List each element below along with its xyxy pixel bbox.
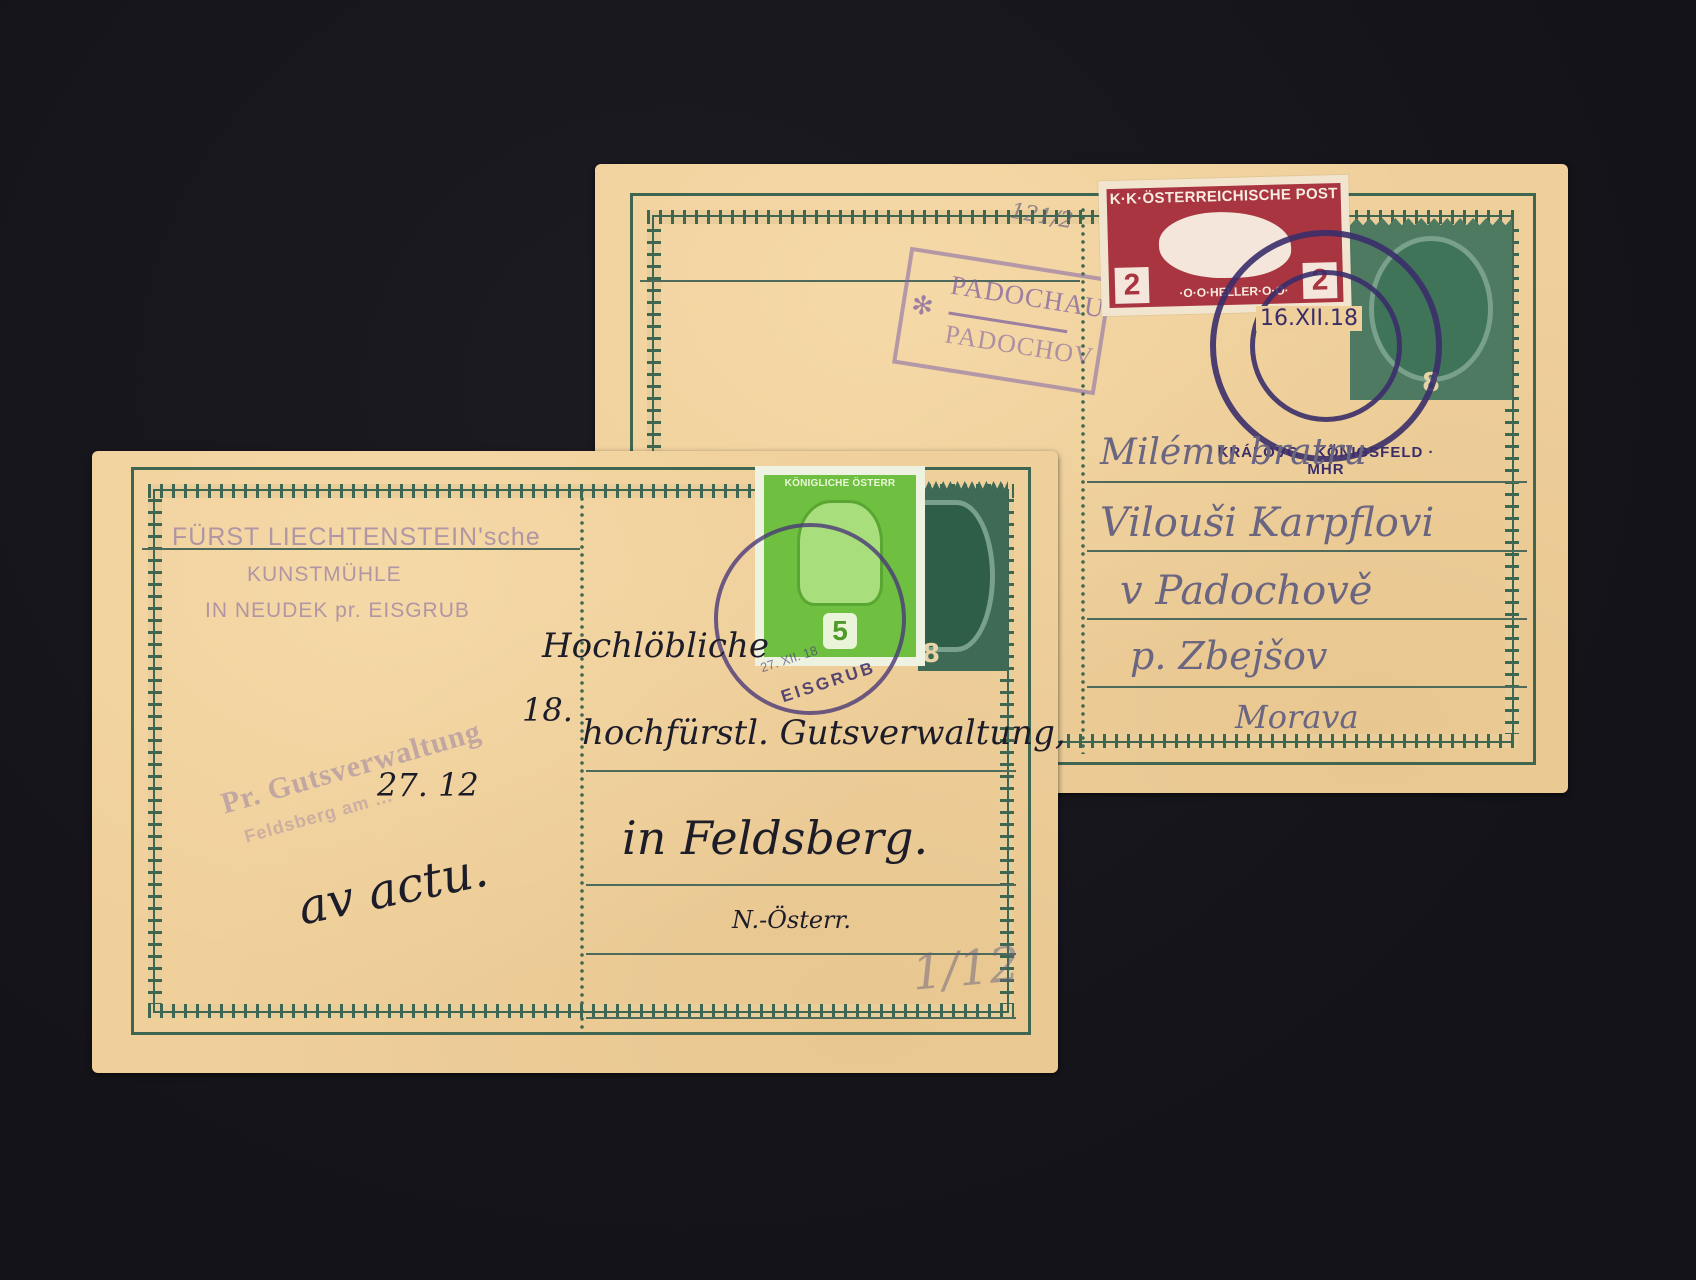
back-address-line-3: v Padochově xyxy=(1120,568,1372,614)
green-stamp-inscription: KÖNIGLICHE ÖSTERR xyxy=(764,478,916,489)
front-postcard: FÜRST LIECHTENSTEIN'sche KUNSTMÜHLE IN N… xyxy=(92,451,1058,1073)
konigsfeld-postmark: 16.XII.18 KRÁLOVC · KÖNIGSFELD · MHR xyxy=(1210,230,1442,462)
imprint-value: 8 xyxy=(922,639,1008,669)
front-address-line-4: N.-Österr. xyxy=(732,906,851,934)
asterisk-icon: ✻ xyxy=(909,290,935,323)
back-card-address-line-4 xyxy=(1087,686,1527,688)
sender-stamp-line-2: KUNSTMÜHLE xyxy=(247,563,402,587)
front-card-imprinted-stamp: 8 xyxy=(918,481,1008,671)
red-stamp-value-left: 2 xyxy=(1115,267,1150,304)
handwritten-day-month: 27. 12 xyxy=(377,766,479,804)
front-card-divider xyxy=(580,487,584,1035)
postmark-inner-ring xyxy=(1250,270,1402,422)
back-address-line-5: Morava xyxy=(1235,698,1359,736)
front-address-line-3: in Feldsberg. xyxy=(622,811,928,865)
back-card-address-line-1 xyxy=(1087,481,1527,483)
emperor-portrait-icon xyxy=(918,500,995,652)
front-address-line-2: hochfürstl. Gutsverwaltung, xyxy=(582,713,1066,753)
front-card-address-line-4 xyxy=(586,1017,1016,1019)
back-address-line-4: p. Zbejšov xyxy=(1130,634,1327,678)
red-stamp-title: K·K·ÖSTERREICHISCHE POST xyxy=(1107,185,1341,208)
back-address-line-2: Vilouši Karpflovi xyxy=(1100,500,1434,546)
front-card-address-line-1 xyxy=(586,770,1016,772)
back-card-address-line-2 xyxy=(1087,550,1527,552)
sender-stamp-line-1: FÜRST LIECHTENSTEIN'sche xyxy=(172,523,541,552)
front-card-pencil-note: 1/12 xyxy=(910,936,1022,1001)
sender-stamp-line-3: IN NEUDEK pr. EISGRUB xyxy=(205,599,470,623)
box-cancel-line-2: PADOCHOV xyxy=(943,319,1096,372)
front-card-address-line-2 xyxy=(586,884,1016,886)
handwritten-year: 18. xyxy=(522,691,573,729)
postmark-date: 16.XII.18 xyxy=(1256,306,1362,331)
back-address-line-1: Milému bratru xyxy=(1100,432,1367,473)
front-address-line-1: Hochlöbliche xyxy=(542,626,769,666)
back-card-address-line-3 xyxy=(1087,618,1527,620)
